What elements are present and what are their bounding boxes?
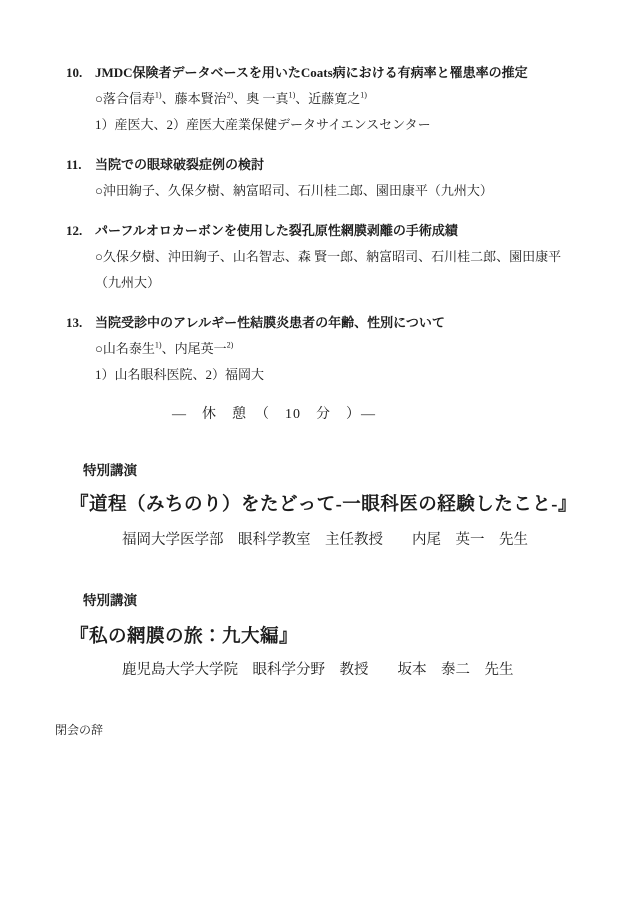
presentation-title: JMDC保険者データベースを用いたCoats病における有病率と罹患率の推定 <box>95 65 528 80</box>
special-lecture-title: 『私の網膜の旅：九大編』 <box>70 622 640 652</box>
special-lecture-speaker: 鹿児島大学大学院 眼科学分野 教授 坂本 泰二 先生 <box>122 658 640 682</box>
presentation-authors: ○沖田絢子、久保夕樹、納富昭司、石川桂二郎、園田康平（九州大） <box>0 178 640 204</box>
break-notice: ― 休 憩 （ 10 分 ）― <box>172 402 640 428</box>
special-lecture-label: 特別講演 <box>83 460 640 482</box>
presentation-number: 11. <box>66 152 95 178</box>
presentation-item-12: 12.パーフルオロカーボンを使用した裂孔原性網膜剥離の手術成績 ○久保夕樹、沖田… <box>0 218 640 296</box>
conference-program-page: 10.JMDC保険者データベースを用いたCoats病における有病率と罹患率の推定… <box>0 0 640 905</box>
presentation-title: パーフルオロカーボンを使用した裂孔原性網膜剥離の手術成績 <box>95 223 458 238</box>
presentation-affiliations: 1）産医大、2）産医大産業保健データサイエンスセンター <box>0 112 640 138</box>
presentation-title-line: 12.パーフルオロカーボンを使用した裂孔原性網膜剥離の手術成績 <box>0 218 640 244</box>
special-lecture-title: 『道程（みちのり）をたどって-一眼科医の経験したこと-』 <box>70 490 640 520</box>
presentation-affiliations: 1）山名眼科医院、2）福岡大 <box>0 362 640 388</box>
presentation-item-11: 11.当院での眼球破裂症例の検討 ○沖田絢子、久保夕樹、納富昭司、石川桂二郎、園… <box>0 152 640 204</box>
presentation-title: 当院受診中のアレルギー性結膜炎患者の年齢、性別について <box>95 315 445 330</box>
presentation-authors: ○落合信寿1)、藤本賢治2)、奥 一真1)、近藤寛之1) <box>0 86 640 112</box>
program-content: 10.JMDC保険者データベースを用いたCoats病における有病率と罹患率の推定… <box>0 0 640 740</box>
presentation-authors: ○山名泰生1)、内尾英一2) <box>0 336 640 362</box>
presentation-number: 13. <box>66 310 95 336</box>
presentation-authors-continued: （九州大） <box>0 270 640 296</box>
presentation-number: 10. <box>66 60 95 86</box>
special-lecture-speaker: 福岡大学医学部 眼科学教室 主任教授 内尾 英一 先生 <box>122 528 640 552</box>
presentation-authors: ○久保夕樹、沖田絢子、山名智志、森 賢一郎、納富昭司、石川桂二郎、園田康平 <box>0 244 640 270</box>
closing-remarks: 閉会の辞 <box>55 720 640 740</box>
presentation-title: 当院での眼球破裂症例の検討 <box>95 157 264 172</box>
presentation-title-line: 13.当院受診中のアレルギー性結膜炎患者の年齢、性別について <box>0 310 640 336</box>
presentation-item-10: 10.JMDC保険者データベースを用いたCoats病における有病率と罹患率の推定… <box>0 60 640 138</box>
presentation-number: 12. <box>66 218 95 244</box>
special-lecture-label: 特別講演 <box>83 590 640 612</box>
presentation-title-line: 10.JMDC保険者データベースを用いたCoats病における有病率と罹患率の推定 <box>0 60 640 86</box>
presentation-title-line: 11.当院での眼球破裂症例の検討 <box>0 152 640 178</box>
presentation-item-13: 13.当院受診中のアレルギー性結膜炎患者の年齢、性別について ○山名泰生1)、内… <box>0 310 640 388</box>
